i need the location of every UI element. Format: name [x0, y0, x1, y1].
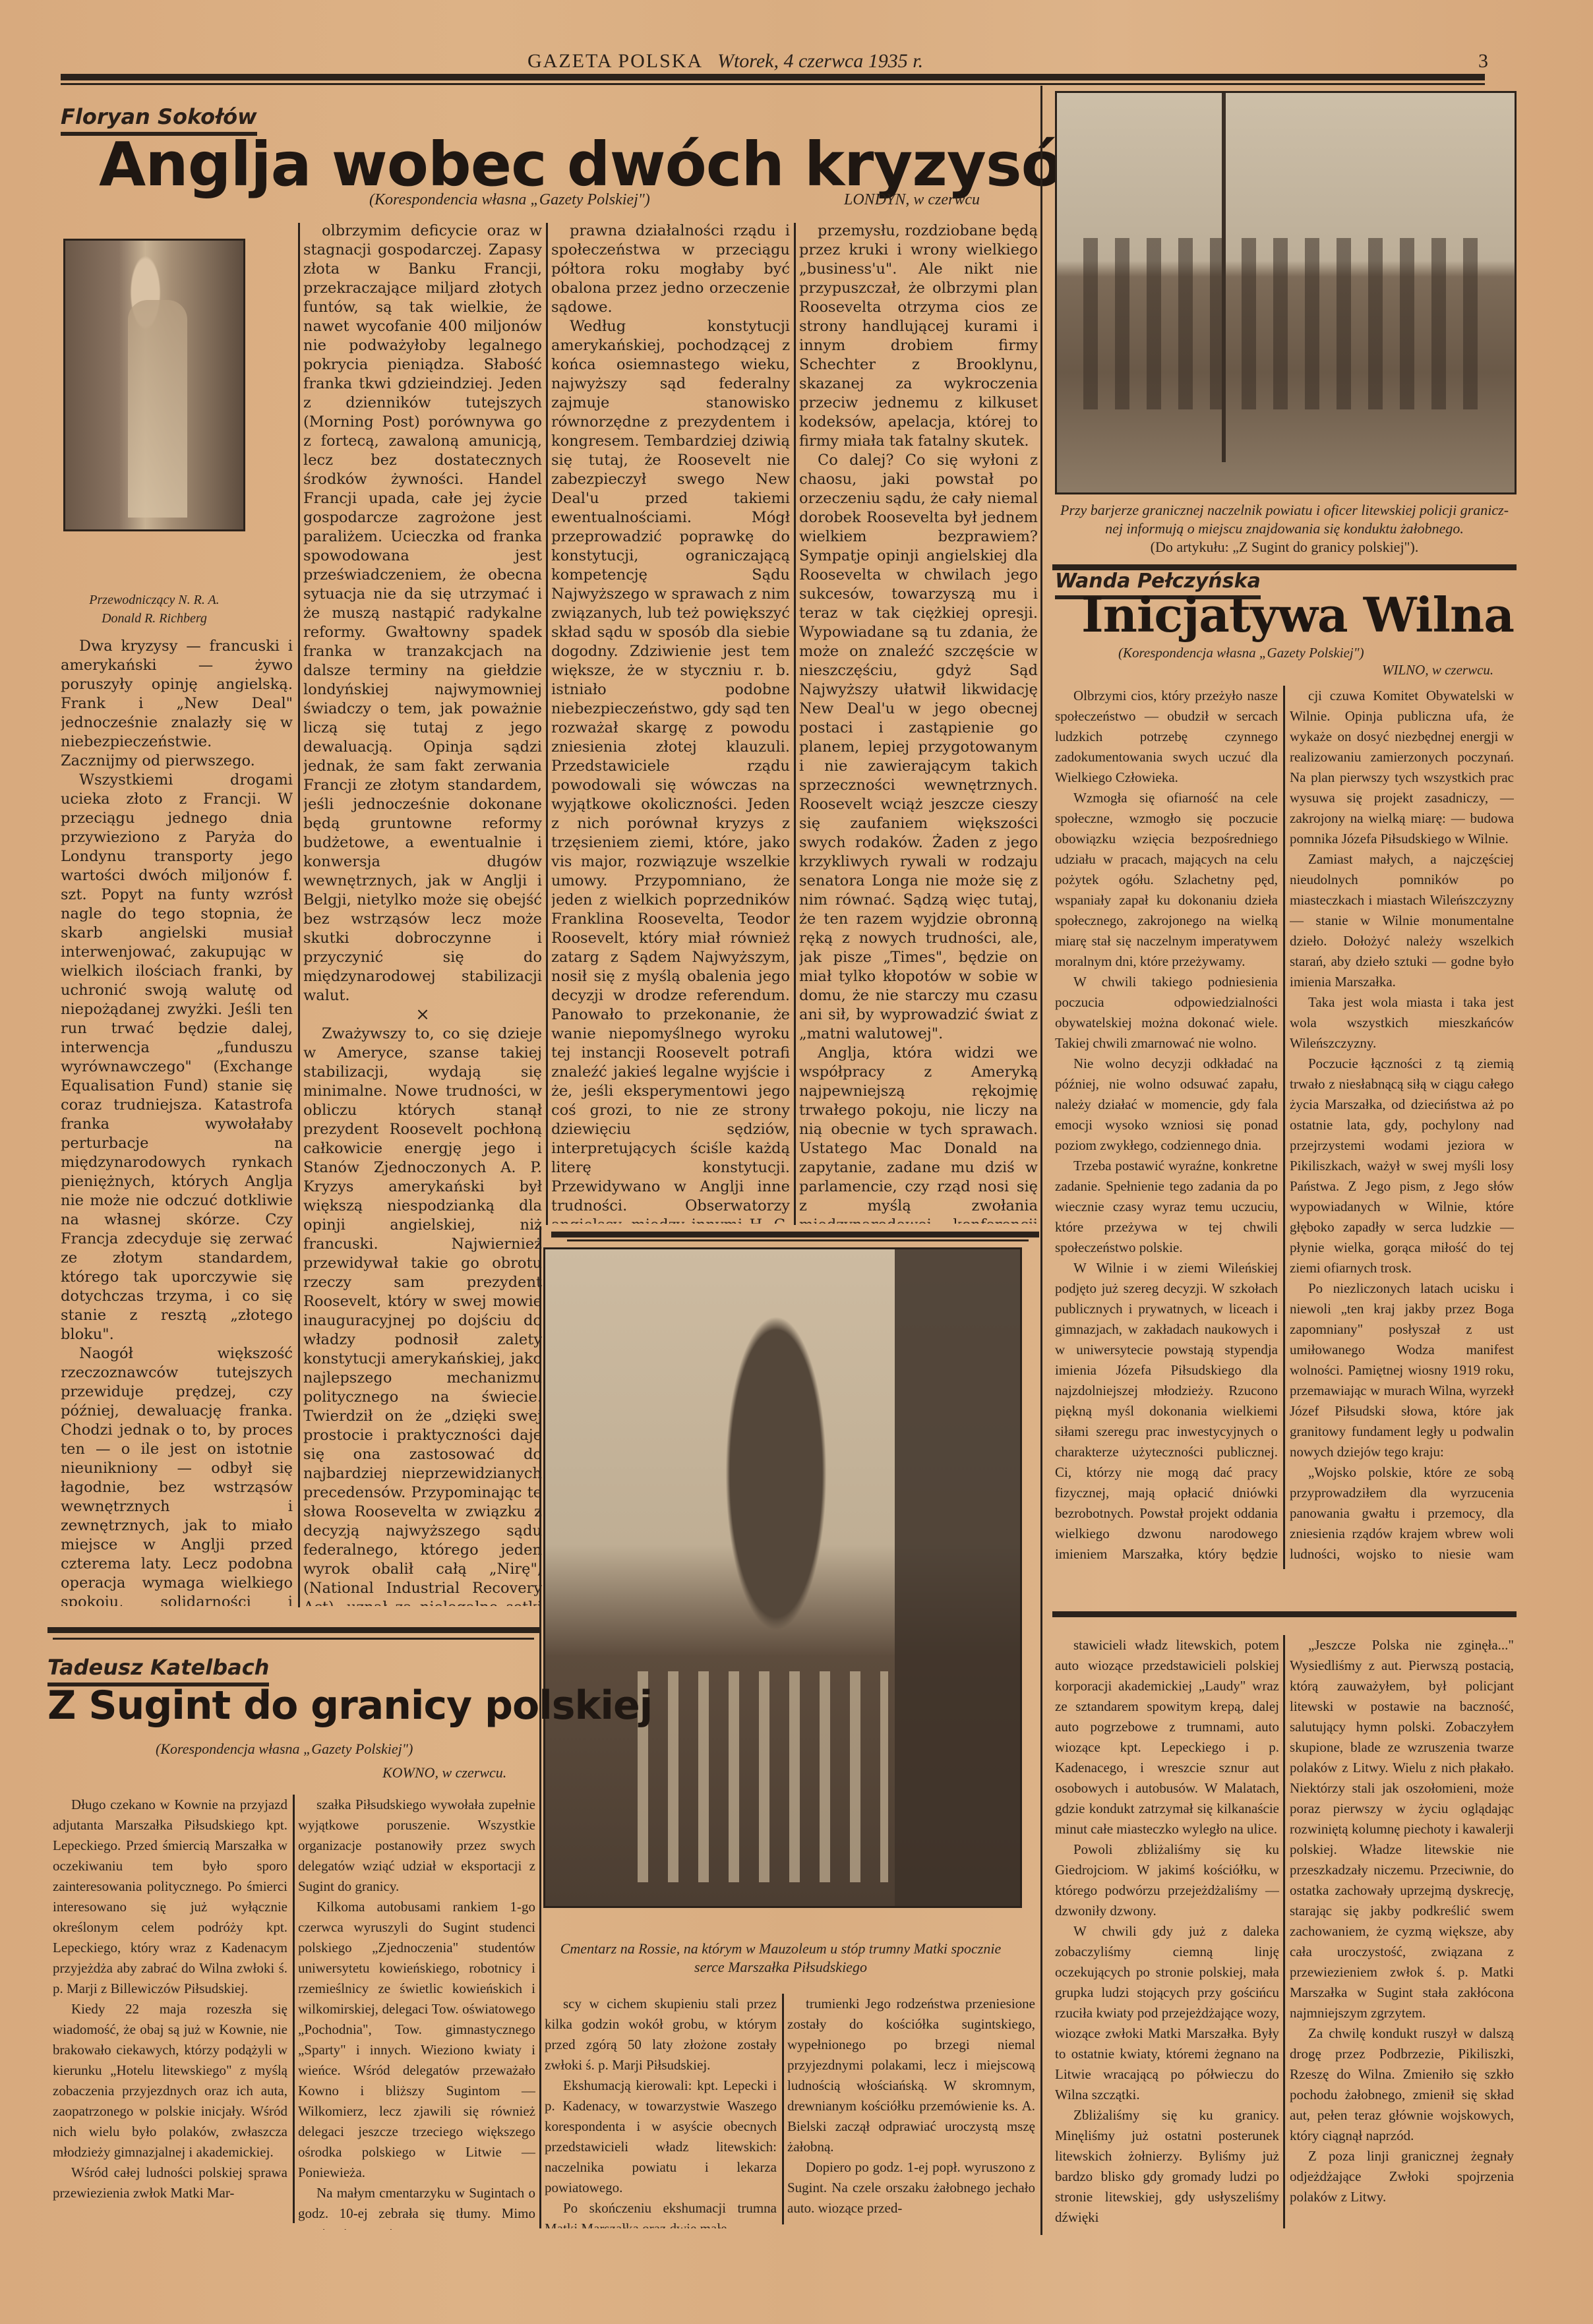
source-wilno: (Korespondencja własna „Gazety Polskiej"… [1118, 645, 1364, 661]
section-rule-thin [53, 1638, 534, 1640]
paragraph: Taka jest wola miasta i taka jest wola w… [1290, 992, 1514, 1054]
paragraph: olbrzymim deficycie oraz w stagnacji gos… [303, 222, 542, 1005]
section-rule [1052, 1611, 1517, 1617]
photo-caption-border: Przy barjerze granicznej naczelnik powia… [1052, 501, 1517, 556]
photo-figure [128, 300, 187, 518]
paragraph: szałka Piłsudskiego wywołała zupełnie wy… [298, 1795, 535, 1897]
photo-group-of-people [1083, 238, 1492, 409]
paragraph: Ekshumacją kierowali: kpt. Lepecki i p. … [545, 2075, 777, 2198]
masthead: GAZETA POLSKA Wtorek, 4 czerwca 1935 r. [527, 50, 923, 73]
paragraph: Poczucie łączności z tą ziemią trwało z … [1290, 1054, 1514, 1278]
paragraph: „Jeszcze Polska nie zginęła..." Wysiedli… [1290, 1635, 1514, 2023]
paragraph: Olbrzymi cios, który przeżyło nasze społ… [1055, 686, 1278, 788]
photo-border-barrier [1055, 91, 1517, 494]
column-rule [298, 223, 300, 1607]
photo-richberg [63, 239, 245, 531]
paragraph: W chwili gdy już z daleka zobaczyliśmy c… [1055, 1921, 1279, 2105]
paragraph: Wzmogła się ofiarność na cele społeczne,… [1055, 788, 1278, 972]
paragraph: Z poza linji granicznej żegnały odjeżdża… [1290, 2146, 1514, 2207]
column-rule [1040, 86, 1042, 2235]
article-column: Olbrzymi cios, który przeżyło nasze społ… [1055, 686, 1278, 1569]
caption-line: Cmentarz na Rossie, na którym w Mauzoleu… [543, 1940, 1018, 1958]
caption-line: Przewodniczący N. R. A. [63, 591, 245, 609]
section-rule [551, 1232, 1039, 1237]
dateline-anglia: LONDYN, w czerwcu [844, 191, 980, 209]
dateline-wilno: WILNO, w czerwcu. [1382, 662, 1493, 678]
issue-date: Wtorek, 4 czerwca 1935 r. [717, 50, 923, 72]
source-sugint: (Korespondencja własna „Gazety Polskiej"… [156, 1741, 413, 1758]
paragraph: Trzeba postawić wyraźne, konkretne zadan… [1055, 1156, 1278, 1258]
paragraph: Dopiero po godz. 1-ej popł. wyruszono z … [787, 2157, 1035, 2219]
section-rule-thin [567, 1239, 1029, 1241]
paragraph: prawna działalności rządu i społeczeństw… [551, 222, 790, 317]
column-rule [1283, 1635, 1285, 2228]
paragraph: trumienki Jego rodzeństwa przeniesione z… [787, 1994, 1035, 2157]
paragraph: Po skończeniu ekshumacji trumna Matki Ma… [545, 2198, 777, 2228]
section-separator: × [303, 1005, 542, 1025]
dateline-sugint: KOWNO, w czerwcu. [382, 1764, 506, 1781]
article-column: cji czuwa Komitet Obywatelski w Wilnie. … [1290, 686, 1514, 1569]
paragraph: stawicieli władz litewskich, potem auto … [1055, 1635, 1279, 1839]
photo-trees-right [895, 1249, 1020, 1906]
headline-wilno: Inicjatywa Wilna [1081, 587, 1514, 643]
masthead-rule-thin [61, 83, 1485, 85]
page-number: 3 [1478, 50, 1488, 73]
newspaper-title: GAZETA POLSKA [527, 50, 702, 72]
paragraph: W chwili takiego podniesienia poczucia o… [1055, 972, 1278, 1054]
paragraph: Na małym cmentarzyku w Sugintach o godz.… [298, 2183, 535, 2230]
article-column: szałka Piłsudskiego wywołała zupełnie wy… [298, 1795, 535, 2230]
article-column: olbrzymim deficycie oraz w stagnacji gos… [303, 222, 542, 1606]
paragraph: Według konstytucji amerykańskiej, pochod… [551, 317, 790, 1224]
caption-line: nej informują o miejscu znajdowania się … [1052, 520, 1517, 538]
paragraph: Naogół większość rzeczoznawców tutejszyc… [61, 1344, 293, 1606]
paragraph: Zbliżaliśmy się ku granicy. Minęliśmy ju… [1055, 2105, 1279, 2228]
paragraph: cji czuwa Komitet Obywatelski w Wilnie. … [1290, 686, 1514, 849]
article-column: Dwa kryzysy — francuski i amerykański — … [61, 637, 293, 1606]
paragraph: Co dalej? Co się wyłoni z chaosu, jaki p… [799, 451, 1038, 1044]
paragraph: Za chwilę kondukt ruszył w dalszą drogę … [1290, 2023, 1514, 2146]
article-column: stawicieli władz litewskich, potem auto … [1055, 1635, 1279, 2228]
photo-barrier-post [1222, 93, 1226, 462]
column-rule [293, 1795, 295, 2223]
paragraph: Anglja, która widzi we współpracy z Amer… [799, 1044, 1038, 1224]
headline-anglia: Anglja wobec dwóch kryzysów [99, 129, 1118, 200]
article-column: „Jeszcze Polska nie zginęła..." Wysiedli… [1290, 1635, 1514, 2228]
paragraph: Powoli zbliżaliśmy się ku Giedrojciom. W… [1055, 1839, 1279, 1921]
column-rule [546, 223, 548, 1225]
section-rule [47, 1627, 541, 1633]
newspaper-page: GAZETA POLSKA Wtorek, 4 czerwca 1935 r. … [0, 0, 1593, 2324]
paragraph: Kilkoma autobusami rankiem 1-go czerwca … [298, 1897, 535, 2183]
paragraph: Po niezliczonych latach ucisku i niewoli… [1290, 1278, 1514, 1462]
headline-sugint: Z Sugint do granicy polskiej [47, 1683, 652, 1729]
article-column: prawna działalności rządu i społeczeństw… [551, 222, 790, 1224]
photo-caption-cemetery: Cmentarz na Rossie, na którym w Mauzoleu… [543, 1940, 1018, 1977]
paragraph: Wśród całej ludności polskiej sprawa prz… [53, 2162, 287, 2203]
photo-caption-richberg: Przewodniczący N. R. A. Donald R. Richbe… [63, 591, 245, 628]
masthead-rule [61, 74, 1485, 80]
photo-tree-center [717, 1289, 835, 1658]
paragraph: Wszystkiemi drogami ucieka złoto z Franc… [61, 771, 293, 1344]
article-column: przemysłu, rozdziobane będą przez kruki … [799, 222, 1038, 1224]
article-column: scy w cichem skupieniu stali przez kilka… [545, 1994, 777, 2228]
paragraph: Zamiast małych, a najczęściej nieudolnyc… [1290, 849, 1514, 992]
caption-line: Przy barjerze granicznej naczelnik powia… [1052, 501, 1517, 520]
source-anglia: (Korespondencia własna „Gazety Polskiej"… [369, 191, 650, 209]
paragraph: Nie wolno decyzji odkładać na później, n… [1055, 1054, 1278, 1156]
byline-sugint: Tadeusz Katelbach [47, 1655, 269, 1686]
photo-grave-row [638, 1671, 888, 1882]
paragraph: Długo czekano w Kownie na przyjazd adjut… [53, 1795, 287, 1999]
paragraph: Dwa kryzysy — francuski i amerykański — … [61, 637, 293, 771]
caption-line: (Do artykułu: „Z Sugint do granicy polsk… [1052, 538, 1517, 556]
article-column: Długo czekano w Kownie na przyjazd adjut… [53, 1795, 287, 2230]
article-column: trumienki Jego rodzeństwa przeniesione z… [787, 1994, 1035, 2228]
paragraph: scy w cichem skupieniu stali przez kilka… [545, 1994, 777, 2075]
column-rule [539, 1226, 541, 2228]
photo-cemetery-rossa [543, 1247, 1022, 1908]
column-rule [794, 223, 796, 1225]
paragraph: przemysłu, rozdziobane będą przez kruki … [799, 222, 1038, 451]
column-rule [1283, 686, 1285, 1569]
column-rule [782, 1994, 784, 2224]
paragraph: Zważywszy to, co się dzieje w Ameryce, s… [303, 1025, 542, 1606]
paragraph: Kiedy 22 maja rozeszła się wiadomość, że… [53, 1999, 287, 2162]
paragraph: „Wojsko polskie, które ze sobą przyprowa… [1290, 1462, 1514, 1569]
paragraph: W Wilnie i w ziemi Wileńskiej podjęto ju… [1055, 1258, 1278, 1569]
caption-line: Donald R. Richberg [63, 609, 245, 628]
caption-line: serce Marszałka Piłsudskiego [543, 1958, 1018, 1977]
